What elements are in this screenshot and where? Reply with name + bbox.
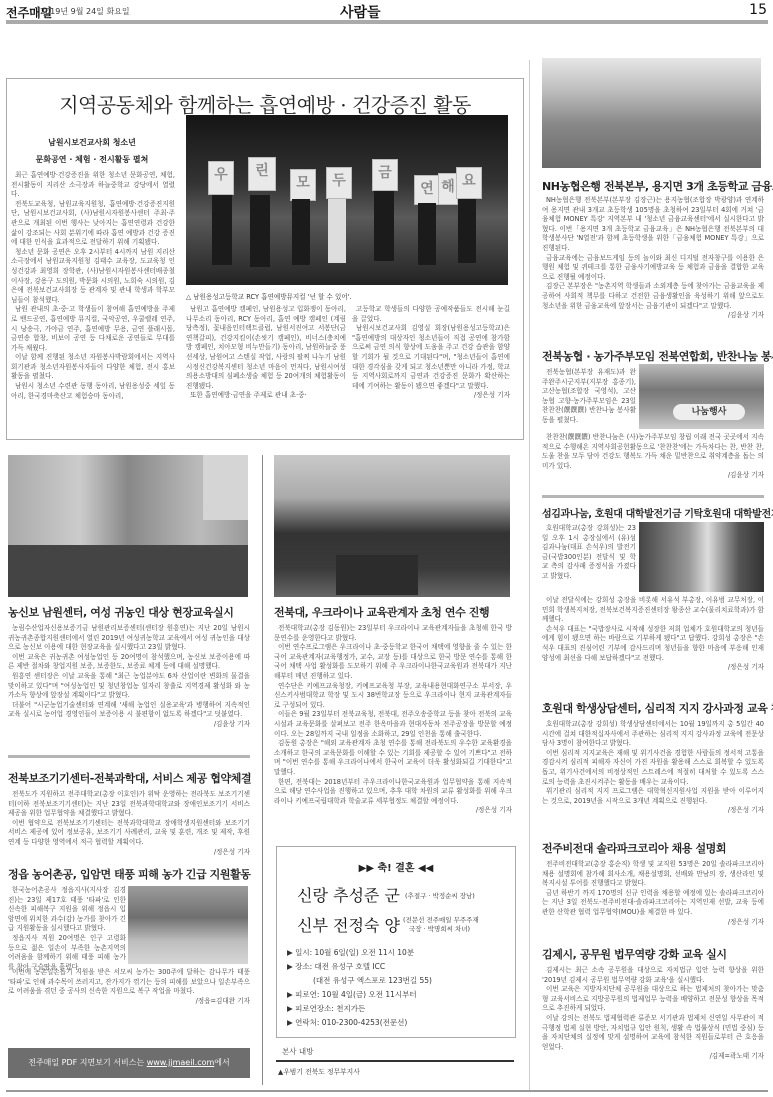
paragraph: 이번 심리적 지지교육은 재해 및 위기사건을 경험한 사람들의 정서적 고통을…: [542, 749, 764, 787]
bride-parents-1: (전문선 전주매일 무주주재: [403, 915, 479, 924]
reception-venue: ▶ 피로연장소: 천지가든: [287, 1003, 365, 1014]
nongshinbo-photo: [8, 455, 248, 597]
banchan-article: 찬찬찬(饌饌饌) 반찬나눔은 (사)농가주부모임 창립 이래 전국 곳곳에서 지…: [542, 433, 764, 481]
performer: [328, 199, 346, 263]
column-divider: [529, 60, 530, 1090]
performer: [458, 199, 476, 263]
wedding-venue: ▶ 장소: 대전 유성구 호텔 ICC: [287, 961, 385, 972]
issue-date: 2019년 9월 24일 화요일: [40, 6, 130, 17]
paragraph: 이번 연수프로그램은 우크라이나 초·중등학교 한국어 채택에 영향을 줄 수 …: [274, 643, 512, 681]
masthead-rule: [6, 20, 768, 24]
banchan-article-intro: 전북농협(본부장 유재도)과 완주완주시군지부(지부장 홍종기), 고산농협(조…: [542, 368, 636, 426]
byline: /김윤상 기자: [542, 471, 764, 481]
paragraph: 남원시보건교사회 김영실 회장(남원용성고등학교)은 "흡연예방의 대상자인 청…: [352, 324, 510, 391]
pdf-banner-suffix: 에서: [214, 1058, 229, 1067]
paragraph: 금년 하반기 까지 170명의 신규 인력을 채용할 예정에 있는 솔라파크코리…: [542, 889, 764, 918]
nh-bank-article: NH농협은행 전북본부(본부장 김장근)는 용지농협(조합장 박광양)과 연계하…: [542, 196, 764, 321]
photo-card: 금: [372, 159, 398, 191]
paragraph: 남원시 청소년 수련관 동행 동아리, 남원용성중 세잎 동아리, 한국경마축산…: [11, 382, 175, 401]
paragraph: 또한 흡연예방·금연을 주제로 관내 초·중·: [186, 391, 346, 401]
table: [336, 555, 418, 595]
banchan-photo: 나눔행사: [639, 364, 764, 429]
nh-bank-photo: [542, 58, 761, 168]
feature-subtitle-2: 문화공연 · 체험 · 전시활동 펼쳐: [7, 154, 177, 165]
photo-card: 우: [208, 161, 234, 195]
ukraine-photo: [274, 455, 510, 597]
paragraph: 전북농협(본부장 유재도)과 완주완주시군지부(지부장 홍종기), 고산농협(조…: [542, 368, 636, 426]
banchan-banner: 나눔행사: [673, 404, 745, 420]
jeongeup-photo: [128, 886, 248, 964]
paragraph: 금융교육에는 금융보드게임 등의 놀이와 최신 디지털 전자창구를 이용한 은행…: [542, 254, 764, 283]
paragraph: 이번 협약으로 전북보조기기센터는 전북과학대학교 장애학생지원센터와 보조기기…: [8, 819, 250, 848]
assistive-headline: 전북보조기기센터-전북과학대, 서비스 제공 협약체결: [8, 770, 251, 786]
paragraph: 이번에 농촌일손돕기 지원을 받은 서모씨 농가는 300주에 달하는 감나무가…: [8, 968, 250, 997]
feature-column-1: 최근 흡연예방·건강증진을 위한 청소년 문화공연, 체험, 전시활동이 지리산…: [11, 171, 175, 401]
wedding-title: ▶▶ 축! 결혼 ◀◀: [277, 859, 515, 874]
projector-screen: [203, 455, 248, 520]
hoseo-counsel-article: 호원대학교(총장 강희성) 학생상담센터에서는 10월 19일까지 총 5일간 …: [542, 720, 764, 816]
paragraph: 김장근 본부장은 "농촌지역 학생들과 소외계층 등에 찾아가는 금융교육을 제…: [542, 282, 764, 311]
gimje-article: 김제시는 최근 소속 공무원을 대상으로 자치법규 입안 능력 향상을 위한 '…: [542, 966, 764, 1062]
nongshinbo-headline: 농신보 남원센터, 여성 귀농인 대상 현장교육실시: [8, 604, 233, 620]
wedding-date: ▶ 일시: 10월 6일(일) 오전 11시 10분: [287, 947, 414, 958]
feature-photo-caption: △ 남원용성고등학교 RCY 흡연예방뮤지컬 '넌 할 수 있어'.: [186, 291, 516, 301]
ukraine-article: 전북대학교(총장 김동원)는 23일부터 우크라이나 교육관계자들을 초청해 한…: [274, 624, 512, 816]
jeongeup-headline: 정읍 농어촌공, 입암면 태풍 피해 농가 긴급 지원활동: [8, 866, 251, 882]
column-divider: [262, 455, 263, 1085]
paragraph: 연수단은 키예프교육청장, 키예프교육청 부장, 교육내용현대화연구소 부서장,…: [274, 682, 512, 711]
paragraph: 한편, 전북대는 2018년부터 주우크라이나한국교육원과 업무협약을 통해 지…: [274, 778, 512, 807]
website-link[interactable]: www.jjmaeil.com: [147, 1058, 215, 1067]
vision-univ-article: 전주비전대학교(총장 홍순직) 학생 및 교직원 53명은 20일 솔라파크코리…: [542, 860, 764, 927]
feature-column-3: 고등학교 학생들의 다양한 공예작품들도 전시해 눈길을 끌었다. 남원시보건교…: [352, 305, 510, 401]
paragraph: 호원대학교(총장 강희성) 학생상담센터에서는 10월 19일까지 총 5일간 …: [542, 720, 764, 749]
feature-article: 지역공동체와 함께하는 흡연예방 · 건강증진 활동 남원시보건교사회 청소년 …: [6, 78, 524, 440]
audience: [8, 545, 248, 597]
paragraph: 남원고 흡연예방 캠페인, 남원용성고 입화쟁이 동아리, 나무소리 동아리, …: [186, 305, 346, 391]
company-visit-item: ▲우범기 전북도 정무부지사: [278, 1066, 360, 1076]
assistive-article: 전북도가 지원하고 전주대학교(총장 이호인)가 위탁 운영하는 전라북도 보조…: [8, 790, 250, 857]
page-bottom-rule: [6, 1090, 768, 1092]
paragraph: 이번 교육은 지방자치단체 공무원을 대상으로 하는 법제처의 찾아가는 맞춤형…: [542, 985, 764, 1014]
nh-bank-headline: NH농협은행 전북본부, 용지면 3개 초등학교 금융교육 실시: [542, 178, 773, 194]
reception-date: ▶ 피로연: 10월 4일(금) 오전 11시부터: [287, 989, 417, 1000]
vision-univ-headline: 전주비전대 솔라파크코리아 채용 설명회: [542, 840, 726, 856]
paragraph: 찬찬찬(饌饌饌) 반찬나눔은 (사)농가주부모임 창립 이래 전국 곳곳에서 지…: [542, 433, 764, 471]
section-title: 사람들: [340, 2, 381, 22]
jeongeup-article: 이번에 농촌일손돕기 지원을 받은 서모씨 농가는 300주에 달하는 감나무가…: [8, 968, 250, 1006]
feature-column-2: 남원고 흡연예방 캠페인, 남원용성고 입화쟁이 동아리, 나무소리 동아리, …: [186, 305, 346, 401]
section-rule: [542, 495, 764, 498]
wedding-venue-address: (대전 유성구 엑스포로 123번길 55): [313, 975, 432, 986]
paragraph: 농림수산업자신용보증기금 남원관리보증센터(센터장 원흥연)는 지난 20일 남…: [8, 624, 250, 653]
ukraine-headline: 전북대, 우크라이나 교육관계자 초청 연수 진행: [274, 604, 489, 620]
paragraph: 이번 교육은 귀농귀촌 여성농업인 등 20여명이 참석했으며, 농신보 보증이…: [8, 653, 250, 672]
paragraph: 전북도교육청, 남원교육지원청, 흡연예방·건강증진지원단, 남원시보건교사회,…: [11, 200, 175, 248]
byline: /김윤상 기자: [8, 720, 250, 730]
hoseo-fund-article: 이날 전달식에는 강희성 총장을 비롯해 서유석 부총장, 이유범 교무처장, …: [542, 596, 764, 673]
jeongeup-intro: 한국농어촌공사 정읍지사(지사장 김경진)는 23일 제17호 태풍 '타파'로…: [8, 886, 126, 972]
paragraph: 손석우 대표는 "국밥장사로 시작해 성장한 저희 업체가 호원대학교의 청년들…: [542, 625, 764, 663]
byline: /김윤상 기자: [542, 311, 764, 321]
photo-card: 린: [248, 157, 276, 191]
paragraph: 청소년 문화 공연은 오후 2시부터 4시까지 남원 지리산 소극장에서 남원교…: [11, 248, 175, 306]
byline: /정은성 기자: [274, 806, 512, 816]
bride-name: 신부 전정숙 양: [297, 913, 400, 936]
photo-card: 두: [326, 167, 352, 199]
paragraph: 이날 전달식에는 강희성 총장을 비롯해 서유석 부총장, 이유범 교무처장, …: [542, 596, 764, 625]
paragraph: 원흥연 센터장은 이날 교육을 통해 "최근 농업분야도 6차 산업이란 변화의…: [8, 672, 250, 701]
byline: /정은성 기자: [542, 918, 764, 928]
paragraph: 정읍지사 직원 20여명은 인구 고령화 등으로 젊은 일손이 부족한 농촌지역…: [8, 934, 126, 972]
paragraph: 전주비전대학교(총장 홍순직) 학생 및 교직원 53명은 20일 솔라파크코리…: [542, 860, 764, 889]
photo-card: 연: [414, 175, 440, 205]
wedding-announcement: ▶▶ 축! 결혼 ◀◀ 신랑 추성준 군 (추절구 · 박정순씨 장남) 신부 …: [276, 846, 516, 1038]
bride-parents-2: 국장 · 박명희씨 차녀): [409, 924, 470, 933]
photo-card: 모: [290, 169, 316, 201]
performer: [212, 195, 232, 265]
byline: /김제=곽노태 기자: [542, 1052, 764, 1062]
paragraph: 전북도가 지원하고 전주대학교(총장 이호인)가 위탁 운영하는 전라북도 보조…: [8, 790, 250, 819]
paragraph: 고등학교 학생들의 다양한 공예작품들도 전시해 눈길을 끌었다.: [352, 305, 510, 324]
byline: /정은성 기자: [542, 663, 764, 673]
photo-card: 해: [438, 173, 458, 205]
groom-name: 신랑 추성준 군: [297, 883, 400, 906]
section-rule: [276, 1060, 514, 1062]
byline: /정읍=김대완 기자: [8, 997, 250, 1007]
feature-subtitle-1: 남원시보건교사회 청소년: [7, 137, 177, 148]
performer: [374, 191, 394, 261]
hoseo-fund-photo: [639, 522, 764, 592]
groom-parents: (추절구 · 박정순씨 장남): [405, 891, 475, 900]
pdf-banner-text: 전주매일 PDF 지면보기 서비스는: [28, 1058, 147, 1067]
paragraph: 이날 함께 진행된 청소년 자원봉사박람회에서는 지역사회기관과 청소년자원봉사…: [11, 353, 175, 382]
paragraph: 한국농어촌공사 정읍지사(지사장 김경진)는 23일 제17호 태풍 '타파'로…: [8, 886, 126, 934]
nongshinbo-article: 농림수산업자신용보증기금 남원관리보증센터(센터장 원흥연)는 지난 20일 남…: [8, 624, 250, 730]
hoseo-fund-intro: 호원대학교(총장 강희성)는 23일 오후 1시 총장실에서 (유)섬김과나눔(…: [542, 524, 636, 582]
paragraph: 호원대학교(총장 강희성)는 23일 오후 1시 총장실에서 (유)섬김과나눔(…: [542, 524, 636, 582]
paragraph: 김제시는 최근 소속 공무원을 대상으로 자치법규 입안 능력 향상을 위한 '…: [542, 966, 764, 985]
paragraph: 이들은 9월 23일부터 전북교육청, 전북대, 전주오송중학교 등을 찾아 전…: [274, 710, 512, 739]
performer: [292, 199, 310, 265]
paragraph: 전북대학교(총장 김동원)는 23일부터 우크라이나 교육관계자들을 초청해 한…: [274, 624, 512, 643]
performer: [418, 203, 436, 265]
hoseo-fund-headline: 섬김과나눔, 호원대 대학발전기금 기탁호원대 대학발전기금 기탁: [542, 505, 773, 520]
byline: /정은성 기자: [352, 391, 510, 401]
paragraph: 이날 강의는 전북도 법제협력관 류준모 서기관과 법제처 신연일 사무관이 적…: [542, 1014, 764, 1052]
company-visit-label: 본사 내방: [282, 1046, 313, 1057]
byline: /정은성 기자: [8, 848, 250, 858]
paragraph: 최근 흡연예방·건강증진을 위한 청소년 문화공연, 체험, 전시활동이 지리산…: [11, 171, 175, 200]
paragraph: 위기관리 심리적 지지 프로그램은 대학혁신지원사업 지원을 받아 이루어지는 …: [542, 787, 764, 806]
page-number: 15: [749, 2, 767, 18]
paragraph: 더불어 "시군농업기술센터와 연계해 '새해 농업인 실용교육'과 병행하여 지…: [8, 701, 250, 720]
pdf-service-banner: 전주매일 PDF 지면보기 서비스는 www.jjmaeil.com에서: [8, 1048, 250, 1078]
feature-stage-photo: 우 린 모 두 금 연 해 요: [186, 115, 508, 285]
paragraph: 김동원 총장은 "해외 교육관계자 초청 연수를 통해 전라북도의 우수한 교육…: [274, 739, 512, 777]
gimje-headline: 김제시, 공무원 법무역량 강화 교육 실시: [542, 946, 727, 962]
byline: /정은성 기자: [542, 806, 764, 816]
paragraph: NH농협은행 전북본부(본부장 김장근)는 용지농협(조합장 박광양)과 연계하…: [542, 196, 764, 254]
wedding-contact: ▶ 연락처: 010-2300-4253(전문선): [287, 1017, 407, 1028]
photo-card: 요: [456, 167, 482, 199]
performer: [250, 195, 270, 267]
section-rule: [8, 755, 250, 758]
banchan-headline: 전북농협 · 농가주부모임 전북연합회, 반찬나눔 봉사: [542, 348, 773, 364]
feature-headline: 지역공동체와 함께하는 흡연예방 · 건강증진 활동: [7, 89, 523, 118]
hoseo-counsel-headline: 호원대 학생상담센터, 심리적 지지 강사과정 교육 참여: [542, 700, 773, 716]
paragraph: 남원 관내의 초·중·고 학생들이 참여해 흡연예방을 주제로 밴드공연, 흡연…: [11, 305, 175, 353]
